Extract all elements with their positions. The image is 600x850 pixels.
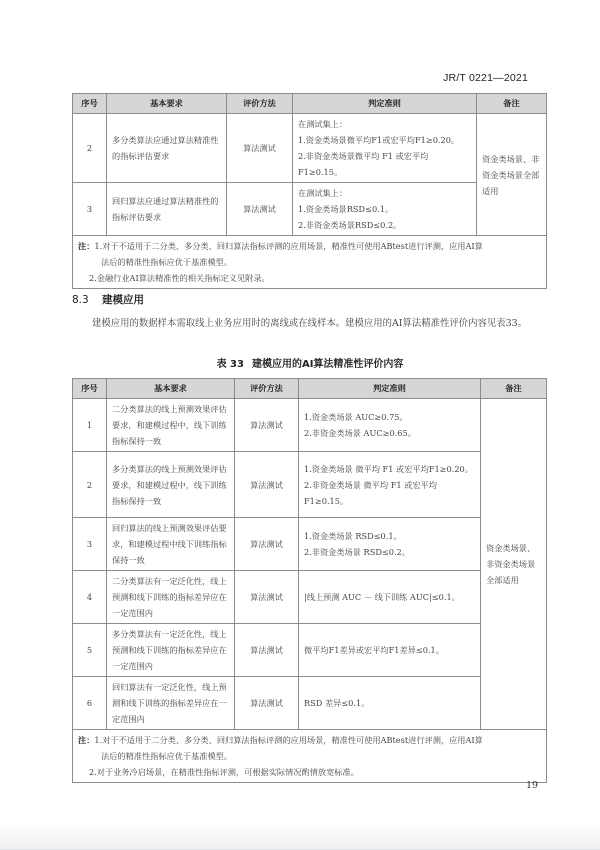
row-no: 2 — [73, 452, 107, 518]
criteria-line: 2.非资金类场景 微平均 F1 或宏平均F1≥0.15。 — [304, 477, 475, 509]
criteria-line: 1.资金类场景 AUC≥0.75。 — [304, 409, 475, 425]
criteria-line: 2.非资金类场景 RSD≤0.2。 — [304, 544, 475, 560]
section-paragraph: 建模应用的数据样本需取线上业务应用时的离线或在线样本。建模应用的AI算法精准性评… — [72, 314, 548, 333]
table-row: 3 回归算法应通过算法精准性的指标评估要求 算法测试 在测试集上： 1.资金类场… — [73, 183, 547, 236]
row-method: 算法测试 — [235, 399, 299, 452]
row-requirement: 回归算法应通过算法精准性的指标评估要求 — [107, 183, 227, 236]
row-method: 算法测试 — [235, 571, 299, 624]
col-header-criteria: 判定准则 — [299, 379, 481, 399]
row-remark: 资金类场景、非资金类场景全部适用 — [477, 114, 547, 236]
table-note-row: 注：1.对于不适用于二分类、多分类、回归算法指标评测的应用场景，精准性可使用AB… — [73, 236, 547, 289]
row-method: 算法测试 — [235, 677, 299, 730]
note-item-1-cont: 法后的精准性指标应优于基准模型。 — [78, 254, 541, 270]
note-lead: 注： — [78, 241, 94, 251]
row-criteria: 在测试集上： 1.资金类场景微平均F1或宏平均F1≥0.20。 2.非资金类场景… — [293, 114, 477, 183]
row-no: 1 — [73, 399, 107, 452]
row-criteria: 1.资金类场景 RSD≤0.1。 2.非资金类场景 RSD≤0.2。 — [299, 518, 481, 571]
col-header-method: 评价方法 — [235, 379, 299, 399]
criteria-line: 1.资金类场景RSD≤0.1。 — [298, 201, 471, 217]
table-header-row: 序号 基本要求 评价方法 判定准则 备注 — [73, 94, 547, 114]
criteria-line: 1.资金类场景 微平均 F1 或宏平均F1≥0.20。 — [304, 461, 475, 477]
note-item-1-cont: 法后的精准性指标应优于基准模型。 — [78, 748, 541, 764]
col-header-criteria: 判定准则 — [293, 94, 477, 114]
col-header-method: 评价方法 — [227, 94, 293, 114]
table-row: 3 回归算法的线上预测效果评估要求，和建模过程中线下训练指标保持一致 算法测试 … — [73, 518, 547, 571]
row-requirement: 多分类算法有一定泛化性，线上预测和线下训练的指标差异应在一定范围内 — [107, 624, 235, 677]
criteria-line: RSD 差异≤0.1。 — [304, 695, 475, 711]
row-method: 算法测试 — [235, 624, 299, 677]
note-item-1: 1.对于不适用于二分类、多分类、回归算法指标评测的应用场景，精准性可使用ABte… — [94, 241, 482, 251]
row-no: 6 — [73, 677, 107, 730]
row-requirement: 回归算法有一定泛化性，线上预测和线下训练的指标差异应在一定范围内 — [107, 677, 235, 730]
table-row: 2 多分类算法的线上预测效果评估要求，和建模过程中，线下训练指标保持一致 算法测… — [73, 452, 547, 518]
document-code: JR/T 0221—2021 — [443, 72, 528, 84]
table-row: 2 多分类算法应通过算法精准性的指标评估要求 算法测试 在测试集上： 1.资金类… — [73, 114, 547, 183]
criteria-line: 2.非资金类场景微平均 F1 或宏平均F1≥0.15。 — [298, 148, 471, 180]
col-header-requirement: 基本要求 — [107, 379, 235, 399]
table-note: 注：1.对于不适用于二分类、多分类、回归算法指标评测的应用场景，精准性可使用AB… — [73, 236, 547, 289]
row-no: 2 — [73, 114, 107, 183]
page-bottom-edge — [0, 821, 600, 850]
row-requirement: 二分类算法的线上预测效果评估要求，和建模过程中，线下训练指标保持一致 — [107, 399, 235, 452]
row-method: 算法测试 — [227, 114, 293, 183]
row-method: 算法测试 — [235, 518, 299, 571]
criteria-line: |线上预测 AUC － 线下训练 AUC|≤0.1。 — [304, 589, 475, 605]
criteria-line: 在测试集上： — [298, 185, 471, 201]
note-lead: 注： — [78, 735, 94, 745]
criteria-line: 微平均F1差异或宏平均F1差异≤0.1。 — [304, 642, 475, 658]
row-criteria: 在测试集上： 1.资金类场景RSD≤0.1。 2.非资金类场景RSD≤0.2。 — [293, 183, 477, 236]
criteria-line: 2.非资金类场景RSD≤0.2。 — [298, 217, 471, 233]
criteria-line: 1.资金类场景微平均F1或宏平均F1≥0.20。 — [298, 132, 471, 148]
section-number: 8.3 — [72, 294, 89, 306]
section-heading: 8.3 建模应用 — [72, 292, 144, 307]
col-header-remark: 备注 — [477, 94, 547, 114]
row-no: 4 — [73, 571, 107, 624]
row-criteria: 1.资金类场景 微平均 F1 或宏平均F1≥0.20。 2.非资金类场景 微平均… — [299, 452, 481, 518]
table-note-row: 注：1.对于不适用于二分类、多分类、回归算法指标评测的应用场景，精准性可使用AB… — [73, 730, 547, 783]
table-header-row: 序号 基本要求 评价方法 判定准则 备注 — [73, 379, 547, 399]
table-row: 5 多分类算法有一定泛化性，线上预测和线下训练的指标差异应在一定范围内 算法测试… — [73, 624, 547, 677]
col-header-no: 序号 — [73, 379, 107, 399]
row-criteria: 微平均F1差异或宏平均F1差异≤0.1。 — [299, 624, 481, 677]
table-row: 1 二分类算法的线上预测效果评估要求，和建模过程中，线下训练指标保持一致 算法测… — [73, 399, 547, 452]
row-requirement: 二分类算法有一定泛化性，线上预测和线下训练的指标差异应在一定范围内 — [107, 571, 235, 624]
row-requirement: 回归算法的线上预测效果评估要求，和建模过程中线下训练指标保持一致 — [107, 518, 235, 571]
criteria-line: 在测试集上： — [298, 116, 471, 132]
row-no: 5 — [73, 624, 107, 677]
row-criteria: |线上预测 AUC － 线下训练 AUC|≤0.1。 — [299, 571, 481, 624]
criteria-line: 2.非资金类场景 AUC≥0.65。 — [304, 425, 475, 441]
table-row: 4 二分类算法有一定泛化性，线上预测和线下训练的指标差异应在一定范围内 算法测试… — [73, 571, 547, 624]
continuation-table: 序号 基本要求 评价方法 判定准则 备注 2 多分类算法应通过算法精准性的指标评… — [72, 93, 547, 289]
table-33: 序号 基本要求 评价方法 判定准则 备注 1 二分类算法的线上预测效果评估要求，… — [72, 378, 547, 783]
table-caption: 表 33建模应用的AI算法精准性评价内容 — [72, 355, 548, 370]
criteria-line: 1.资金类场景 RSD≤0.1。 — [304, 528, 475, 544]
table-note: 注：1.对于不适用于二分类、多分类、回归算法指标评测的应用场景，精准性可使用AB… — [73, 730, 547, 783]
col-header-remark: 备注 — [481, 379, 547, 399]
note-item-2: 2.金融行业AI算法精准性的相关指标定义见附录。 — [78, 270, 541, 286]
table-caption-title: 建模应用的AI算法精准性评价内容 — [252, 359, 403, 370]
row-no: 3 — [73, 183, 107, 236]
row-remark: 资金类场景、非资金类场景全部适用 — [481, 399, 547, 730]
table-row: 6 回归算法有一定泛化性，线上预测和线下训练的指标差异应在一定范围内 算法测试 … — [73, 677, 547, 730]
table-caption-label: 表 33 — [217, 359, 244, 370]
row-no: 3 — [73, 518, 107, 571]
note-item-2: 2.对于业务冷启场景，在精准性指标评测，可根据实际情况酌情放宽标准。 — [78, 764, 541, 780]
note-item-1: 1.对于不适用于二分类、多分类、回归算法指标评测的应用场景，精准性可使用ABte… — [94, 735, 482, 745]
row-criteria: RSD 差异≤0.1。 — [299, 677, 481, 730]
section-title: 建模应用 — [102, 294, 144, 306]
col-header-requirement: 基本要求 — [107, 94, 227, 114]
row-requirement: 多分类算法的线上预测效果评估要求，和建模过程中，线下训练指标保持一致 — [107, 452, 235, 518]
row-requirement: 多分类算法应通过算法精准性的指标评估要求 — [107, 114, 227, 183]
col-header-no: 序号 — [73, 94, 107, 114]
row-method: 算法测试 — [235, 452, 299, 518]
row-method: 算法测试 — [227, 183, 293, 236]
row-criteria: 1.资金类场景 AUC≥0.75。 2.非资金类场景 AUC≥0.65。 — [299, 399, 481, 452]
page-number: 19 — [526, 780, 538, 791]
